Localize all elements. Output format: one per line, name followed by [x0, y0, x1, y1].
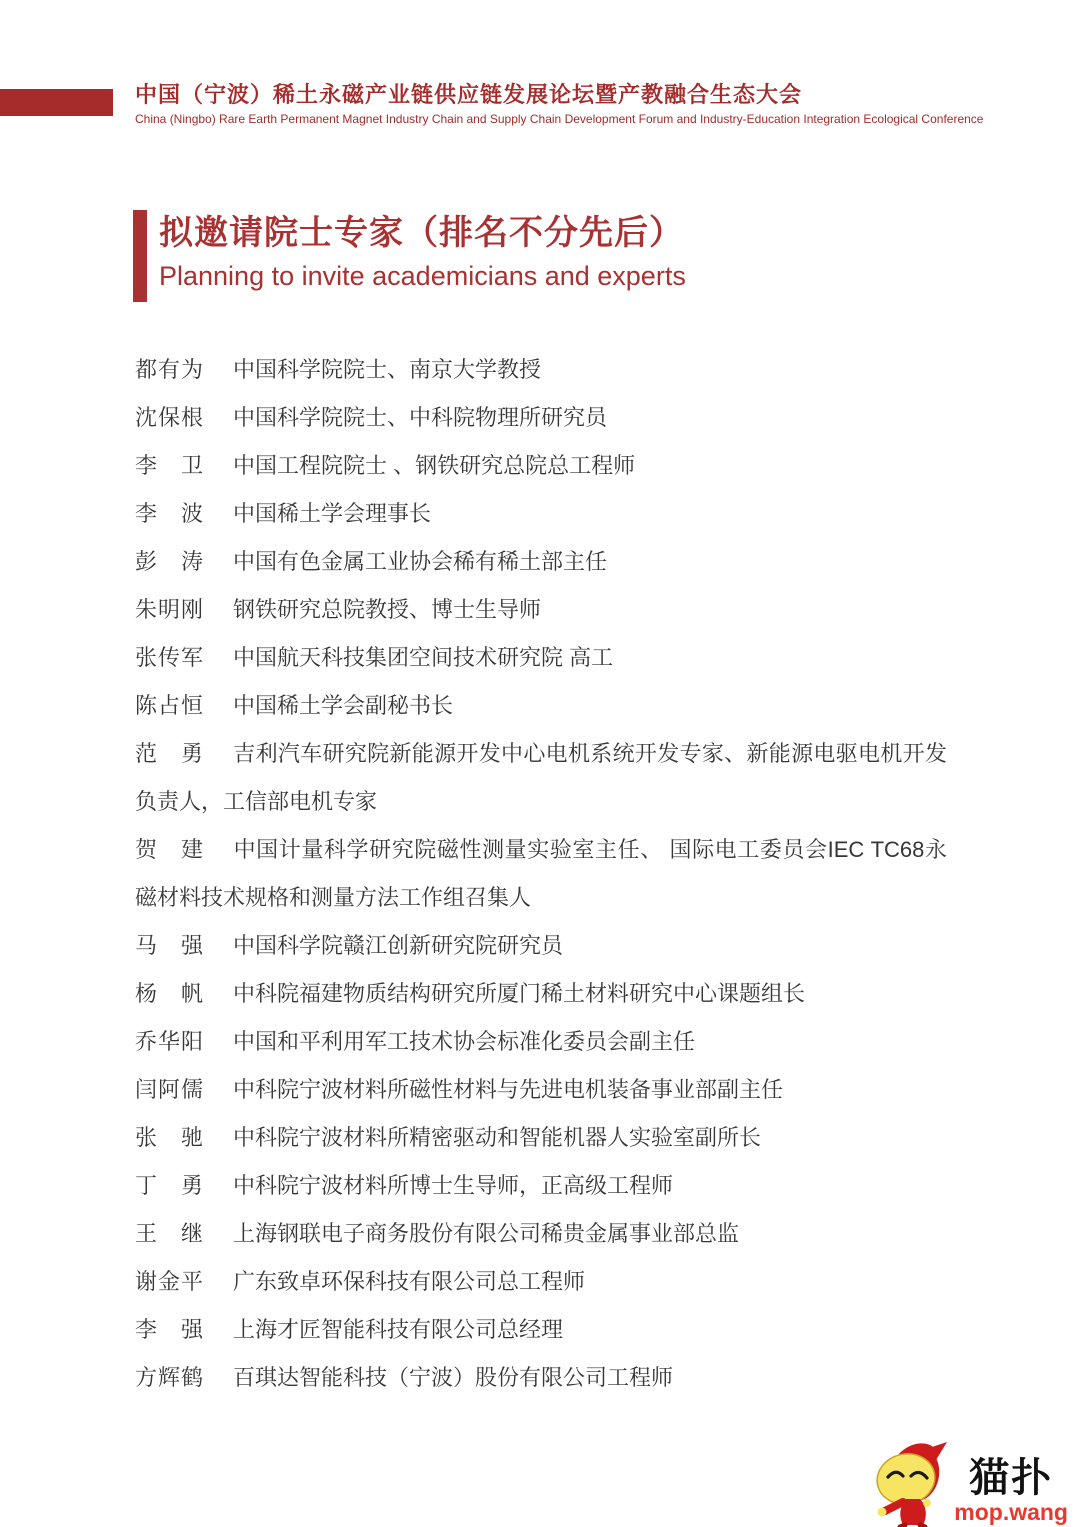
expert-title: 广东致卓环保科技有限公司总工程师 — [233, 1269, 585, 1294]
mop-brand-en: mop.wang — [954, 1499, 1068, 1525]
conference-title-en: China (Ningbo) Rare Earth Permanent Magn… — [135, 111, 1035, 127]
experts-list: 都有为中国科学院院士、南京大学教授 沈保根中国科学院院士、中科院物理所研究员 李… — [135, 346, 947, 1402]
expert-name: 马强 — [135, 922, 203, 970]
document-page: 中国（宁波）稀土永磁产业链供应链发展论坛暨产教融合生态大会 China (Nin… — [0, 0, 1080, 1527]
expert-title: 中国科学院院士、中科院物理所研究员 — [233, 405, 607, 430]
expert-row: 李卫中国工程院院士 、钢铁研究总院总工程师 — [135, 442, 947, 490]
expert-title: 钢铁研究总院教授、博士生导师 — [233, 597, 541, 622]
expert-name: 乔华阳 — [135, 1018, 203, 1066]
expert-name: 朱明刚 — [135, 586, 203, 634]
expert-title: 中科院宁波材料所精密驱动和智能机器人实验室副所长 — [233, 1125, 761, 1150]
expert-title: 中国科学院院士、南京大学教授 — [233, 357, 541, 382]
expert-row: 陈占恒中国稀土学会副秘书长 — [135, 682, 947, 730]
mop-watermark: 猫扑 mop.wang — [870, 1439, 1068, 1527]
expert-title: 中国稀土学会副秘书长 — [233, 693, 453, 718]
section-heading-text: 拟邀请院士专家（排名不分先后） Planning to invite acade… — [159, 210, 686, 302]
expert-name: 李强 — [135, 1306, 203, 1354]
expert-row: 沈保根中国科学院院士、中科院物理所研究员 — [135, 394, 947, 442]
section-title-zh: 拟邀请院士专家（排名不分先后） — [159, 210, 686, 256]
expert-title: 中国工程院院士 、钢铁研究总院总工程师 — [233, 453, 635, 478]
section-title-en: Planning to invite academicians and expe… — [159, 256, 686, 296]
mop-brand-zh: 猫扑 — [969, 1457, 1053, 1499]
expert-row: 王继上海钢联电子商务股份有限公司稀贵金属事业部总监 — [135, 1210, 947, 1258]
expert-row: 朱明刚钢铁研究总院教授、博士生导师 — [135, 586, 947, 634]
expert-title: 中科院宁波材料所博士生导师，正高级工程师 — [233, 1173, 673, 1198]
expert-name: 张驰 — [135, 1114, 203, 1162]
expert-row: 都有为中国科学院院士、南京大学教授 — [135, 346, 947, 394]
expert-row: 乔华阳中国和平利用军工技术协会标准化委员会副主任 — [135, 1018, 947, 1066]
mop-mascot-icon — [870, 1439, 952, 1527]
expert-name: 彭涛 — [135, 538, 203, 586]
expert-name: 方辉鹤 — [135, 1354, 203, 1402]
header-red-bar — [0, 89, 113, 116]
expert-row: 杨帆中科院福建物质结构研究所厦门稀土材料研究中心课题组长 — [135, 970, 947, 1018]
expert-row: 张传军中国航天科技集团空间技术研究院 高工 — [135, 634, 947, 682]
section-heading: 拟邀请院士专家（排名不分先后） Planning to invite acade… — [133, 210, 686, 302]
expert-row: 彭涛中国有色金属工业协会稀有稀土部主任 — [135, 538, 947, 586]
expert-name: 李波 — [135, 490, 203, 538]
expert-name: 杨帆 — [135, 970, 203, 1018]
mop-logo-text: 猫扑 mop.wang — [954, 1457, 1068, 1527]
expert-name: 闫阿儒 — [135, 1066, 203, 1114]
expert-row: 张驰中科院宁波材料所精密驱动和智能机器人实验室副所长 — [135, 1114, 947, 1162]
expert-title: 中国稀土学会理事长 — [233, 501, 431, 526]
expert-title: 百琪达智能科技（宁波）股份有限公司工程师 — [233, 1365, 673, 1390]
expert-row: 丁勇中科院宁波材料所博士生导师，正高级工程师 — [135, 1162, 947, 1210]
page-header: 中国（宁波）稀土永磁产业链供应链发展论坛暨产教融合生态大会 China (Nin… — [135, 80, 1035, 127]
expert-name: 沈保根 — [135, 394, 203, 442]
expert-row: 闫阿儒中科院宁波材料所磁性材料与先进电机装备事业部副主任 — [135, 1066, 947, 1114]
conference-title-zh: 中国（宁波）稀土永磁产业链供应链发展论坛暨产教融合生态大会 — [135, 80, 1035, 110]
expert-row: 马强中国科学院赣江创新研究院研究员 — [135, 922, 947, 970]
expert-title: 中科院宁波材料所磁性材料与先进电机装备事业部副主任 — [233, 1077, 783, 1102]
expert-title: 中国计量科学研究院磁性测量实验室主任、 国际电工委员会IEC TC68永磁材料技… — [135, 837, 947, 910]
expert-title: 中国科学院赣江创新研究院研究员 — [233, 933, 563, 958]
expert-name: 陈占恒 — [135, 682, 203, 730]
expert-title: 中国和平利用军工技术协会标准化委员会副主任 — [233, 1029, 695, 1054]
expert-title: 上海才匠智能科技有限公司总经理 — [233, 1317, 563, 1342]
expert-row: 李强上海才匠智能科技有限公司总经理 — [135, 1306, 947, 1354]
expert-name: 贺建 — [135, 826, 203, 874]
expert-name: 王继 — [135, 1210, 203, 1258]
expert-name: 谢金平 — [135, 1258, 203, 1306]
expert-title: 中国有色金属工业协会稀有稀土部主任 — [233, 549, 607, 574]
expert-name: 范勇 — [135, 730, 203, 778]
expert-name: 张传军 — [135, 634, 203, 682]
expert-name: 丁勇 — [135, 1162, 203, 1210]
expert-title: 吉利汽车研究院新能源开发中心电机系统开发专家、新能源电驱电机开发负责人，工信部电… — [135, 741, 947, 814]
expert-row: 方辉鹤百琪达智能科技（宁波）股份有限公司工程师 — [135, 1354, 947, 1402]
expert-title: 中国航天科技集团空间技术研究院 高工 — [233, 645, 613, 670]
expert-row: 谢金平广东致卓环保科技有限公司总工程师 — [135, 1258, 947, 1306]
expert-title: 上海钢联电子商务股份有限公司稀贵金属事业部总监 — [233, 1221, 739, 1246]
expert-name: 李卫 — [135, 442, 203, 490]
expert-row: 贺建中国计量科学研究院磁性测量实验室主任、 国际电工委员会IEC TC68永磁材… — [135, 826, 947, 922]
expert-title: 中科院福建物质结构研究所厦门稀土材料研究中心课题组长 — [233, 981, 805, 1006]
section-accent-bar — [133, 210, 147, 302]
expert-name: 都有为 — [135, 346, 203, 394]
expert-row: 李波中国稀土学会理事长 — [135, 490, 947, 538]
expert-row: 范勇吉利汽车研究院新能源开发中心电机系统开发专家、新能源电驱电机开发负责人，工信… — [135, 730, 947, 826]
